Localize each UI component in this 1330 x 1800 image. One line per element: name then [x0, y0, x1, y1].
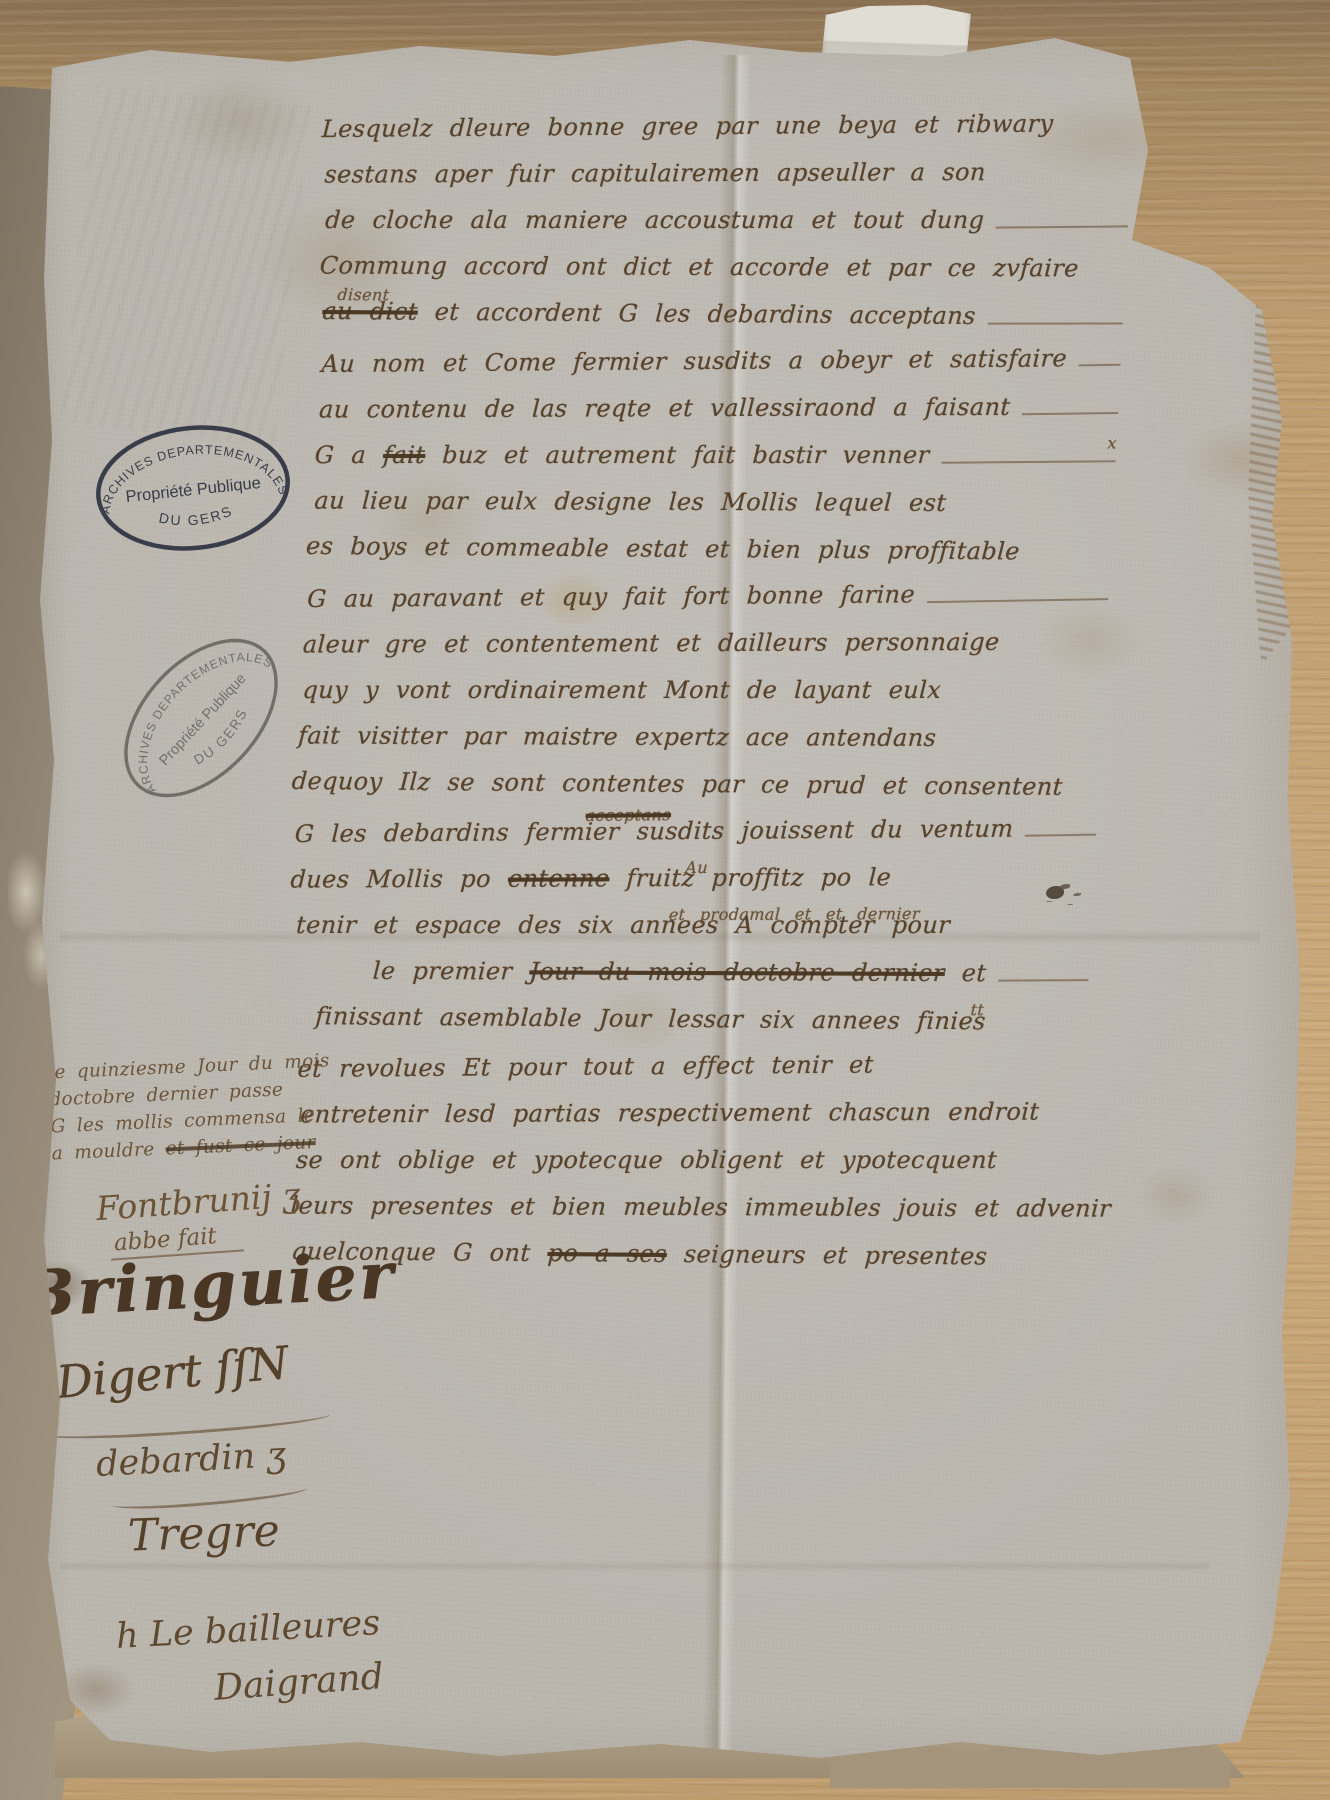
archives-stamp-tilted: ARCHIVES DEPARTEMENTALES Propriété Publi… [86, 601, 316, 835]
manuscript-line: entretenir lesd partias respectivement c… [269, 1097, 1086, 1147]
manuscript-line: au dict et accordent G les debardins acc… [310, 297, 1127, 350]
signature-digert: Digert ſſN [54, 1336, 290, 1409]
manuscript-line: tenir et espace des six annees A compter… [278, 911, 1095, 958]
flourish-line [44, 1405, 331, 1444]
line-filler-stroke [927, 598, 1109, 603]
manuscript-line: G les debardins fermier susdits jouissen… [283, 814, 1100, 867]
margin-notes: le quinziesme Jour du moisdoctobre derni… [48, 1050, 352, 1171]
manuscript-line: leurs presentes et bien meubles immeuble… [264, 1191, 1081, 1241]
manuscript-line: Commung accord ont dict et accorde et pa… [313, 251, 1130, 301]
stamp-arc-top-text: ARCHIVES DEPARTEMENTALES [92, 433, 291, 516]
verso-ink-showthrough [61, 85, 310, 446]
manuscript-line: G a fait buz et autrement fait bastir ve… [303, 441, 1120, 488]
manuscript-line: finissant asemblable Jour lessar six ann… [274, 1002, 1091, 1055]
manuscript-line: dues Mollis po entenne fruitz proffitz p… [281, 862, 1098, 912]
signature-bringuier: Bringuier [18, 1238, 397, 1333]
svg-text:DU GERS: DU GERS [156, 502, 236, 532]
line-filler-stroke [987, 323, 1122, 325]
stamp-center-text: Propriété Publique [125, 474, 262, 506]
line-filler-stroke [1079, 364, 1121, 367]
line-filler-stroke [941, 460, 1115, 464]
line-filler-stroke [1022, 412, 1118, 415]
signature-daigrand: Daigrand [213, 1656, 385, 1709]
manuscript-line: et revolues Et pour tout a effect tenir … [271, 1049, 1088, 1102]
manuscript-line: au lieu par eulx designe les Mollis lequ… [301, 486, 1118, 536]
horizontal-crease-2 [60, 1560, 1210, 1572]
line-filler-stroke [998, 979, 1088, 981]
manuscript-page: ARCHIVES DEPARTEMENTALES Propriété Publi… [0, 0, 1330, 1800]
manuscript-line: es boys et commeable estat et bien plus … [298, 532, 1115, 585]
signature-tregre: Tregre [127, 1505, 280, 1561]
manuscript-line: Lesquelz dleure bonne gree par une beya … [320, 109, 1137, 162]
stamp-arc-bottom-text: DU GERS [156, 502, 236, 532]
manuscript-line: aleur gre et contentement et dailleurs p… [293, 627, 1110, 677]
manuscript-line: au contenu de las reqte et vallessiraond… [306, 392, 1123, 442]
manuscript-line: le premier Jour du mois doctobre dernier… [276, 956, 1093, 1006]
interlinear-insert: disent [337, 285, 390, 304]
manuscript-line: dequoy Ilz se sont contentes par ce prud… [286, 767, 1103, 820]
manuscript-line: de cloche ala maniere accoustuma et tout… [315, 206, 1132, 253]
signature-debardin: debardin ʒ [95, 1435, 287, 1485]
manuscript-line: se ont oblige et ypotecque obligent et y… [266, 1146, 1083, 1193]
svg-text:ARCHIVES DEPARTEMENTALES: ARCHIVES DEPARTEMENTALES [92, 433, 291, 516]
signature-le-bailleures: h Le bailleures [115, 1603, 381, 1657]
line-filler-stroke [996, 225, 1128, 228]
manuscript-line: G au paravant et quy fait fort bonne far… [296, 579, 1113, 632]
line-filler-stroke [1025, 834, 1096, 837]
photo-scene: ARCHIVES DEPARTEMENTALES Propriété Publi… [0, 0, 1330, 1800]
manuscript-line: fait visitter par maistre expertz ace an… [288, 721, 1105, 771]
interlinear-insert: acceptans [585, 805, 671, 825]
manuscript-line: Au nom et Come fermier susdits a obeyr e… [308, 344, 1125, 397]
manuscript-line: sestans aper fuir capitulairemen apseull… [318, 157, 1135, 207]
archives-stamp-oval: ARCHIVES DEPARTEMENTALES Propriété Publi… [86, 413, 300, 563]
body-text: Lesquelz dleure bonne gree par une beya … [261, 112, 1138, 1287]
manuscript-line: quy y vont ordinairement Mont de layant … [291, 676, 1108, 723]
